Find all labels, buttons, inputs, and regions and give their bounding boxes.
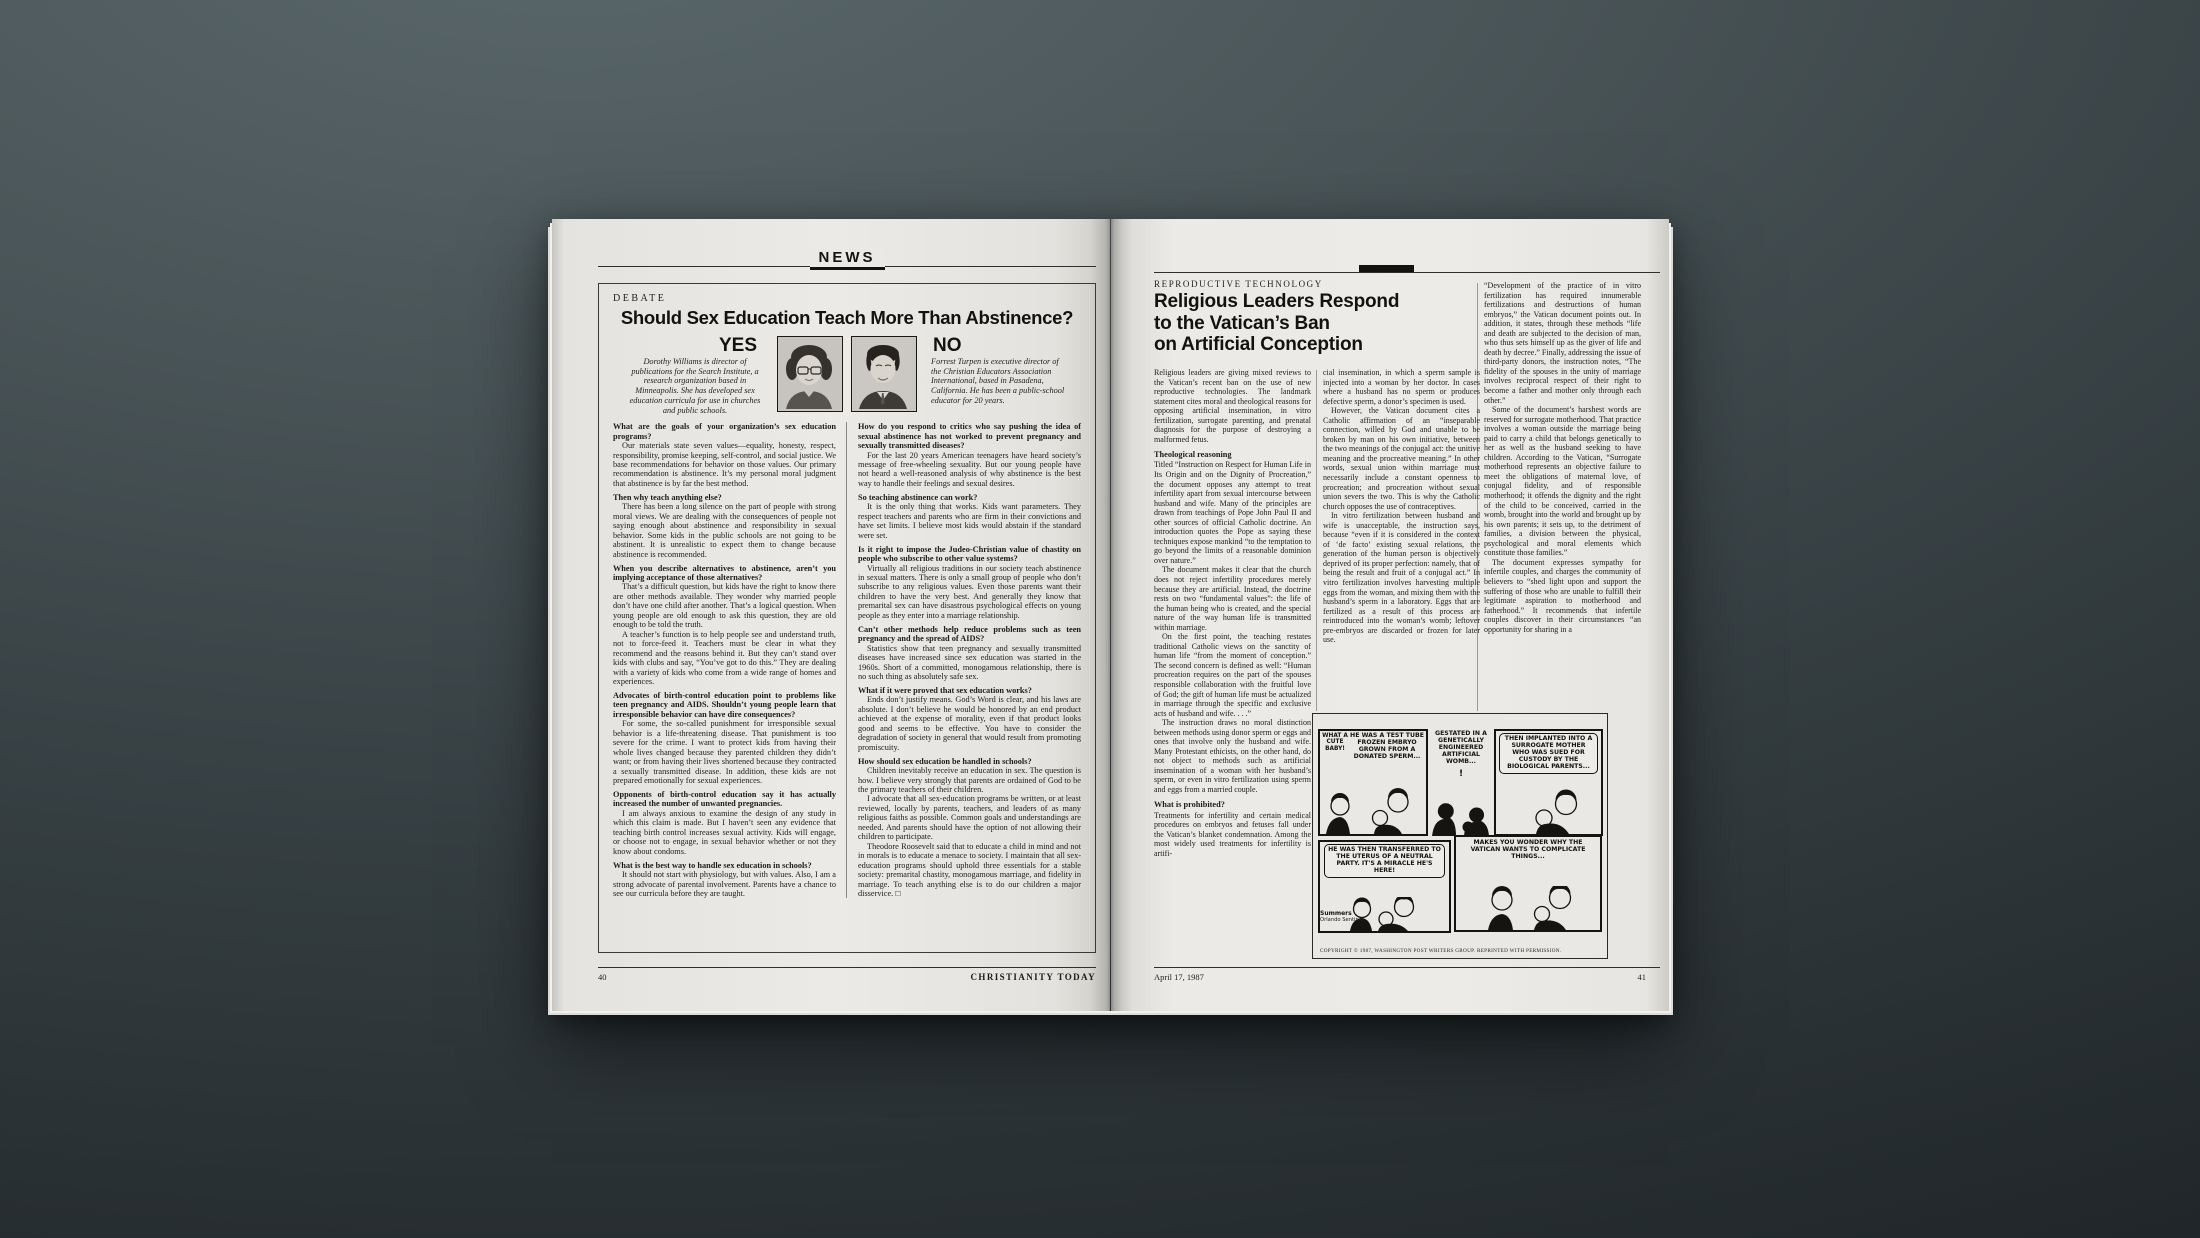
subhead-what-is-prohibited: What is prohibited? <box>1154 800 1311 810</box>
paragraph: The document makes it clear that the chu… <box>1154 565 1311 632</box>
answer: I am always anxious to examine the desig… <box>613 809 836 856</box>
question: Advocates of birth-control education poi… <box>613 691 836 719</box>
cartoon-panel-3: THEN IMPLANTED INTO A SURROGATE MOTHER W… <box>1494 729 1603 836</box>
question: What are the goals of your organization’… <box>613 422 836 441</box>
paragraph: On the first point, the teaching restate… <box>1154 632 1311 718</box>
answer: Virtually all religious traditions in ou… <box>858 564 1081 621</box>
debate-columns: What are the goals of your organization’… <box>613 422 1081 898</box>
issue-date: April 17, 1987 <box>1154 972 1204 982</box>
answer: A teacher’s function is to help people s… <box>613 630 836 687</box>
column-divider-1 <box>1316 370 1317 711</box>
paragraph: “Development of the practice of in vitro… <box>1484 281 1641 405</box>
magazine-spread: NEWS DEBATE Should Sex Education Teach M… <box>552 219 1669 1011</box>
question: What if it were proved that sex educatio… <box>858 686 1081 695</box>
cartoon-caption: GESTATED IN A GENETICALLY ENGINEERED ART… <box>1430 729 1492 766</box>
question: So teaching abstinence can work? <box>858 493 1081 502</box>
cartoon-attribution: Summers Orlando Sentinel <box>1320 910 1363 924</box>
cartoon-speech: MAKES YOU WONDER WHY THE VATICAN WANTS T… <box>1462 840 1594 861</box>
question: When you describe alternatives to abstin… <box>613 564 836 583</box>
forrest-turpen-photo <box>851 336 917 412</box>
news-section-label: NEWS <box>810 249 885 270</box>
cartoon-exclaim: ! <box>1430 769 1492 779</box>
answer: It is the only thing that works. Kids wa… <box>858 502 1081 540</box>
right-header-rule <box>1154 272 1660 273</box>
cartoon-speech: HE WAS THEN TRANSFERRED TO THE UTERUS OF… <box>1324 844 1445 878</box>
article-title-line3: on Artificial Conception <box>1154 334 1494 356</box>
article-title: Religious Leaders Respond to the Vatican… <box>1154 291 1494 356</box>
answer: Theodore Roosevelt said that to educate … <box>858 842 1081 899</box>
yes-debater-cell: YES Dorothy Williams is director of publ… <box>615 335 773 415</box>
cartoon-figures <box>1496 788 1601 834</box>
left-page: NEWS DEBATE Should Sex Education Teach M… <box>552 219 1110 1011</box>
article-title-line2: to the Vatican’s Ban <box>1154 313 1494 335</box>
subhead-theological-reasoning: Theological reasoning <box>1154 450 1311 460</box>
paragraph: Religious leaders are giving mixed revie… <box>1154 368 1311 444</box>
no-column: How do you respond to critics who say pu… <box>846 422 1081 898</box>
cartoon-source: Orlando Sentinel <box>1320 917 1363 924</box>
yes-label: YES <box>615 335 773 356</box>
cartoon-speech: THEN IMPLANTED INTO A SURROGATE MOTHER W… <box>1499 733 1598 774</box>
no-label: NO <box>921 335 1079 356</box>
left-page-number: 40 <box>598 972 607 982</box>
cartoon-speech: HE WAS A TEST TUBE FROZEN EMBRYO GROWN F… <box>1350 733 1424 761</box>
right-page-number: 41 <box>1638 972 1647 982</box>
answer: For the last 20 years American teenagers… <box>858 451 1081 489</box>
answer: It should not start with physiology, but… <box>613 870 836 898</box>
debaters-header: YES Dorothy Williams is director of publ… <box>615 335 1079 415</box>
cartoon-figures <box>1456 886 1600 930</box>
paragraph: Treatments for infertility and certain m… <box>1154 811 1311 859</box>
paragraph: The document expresses sympathy for infe… <box>1484 558 1641 634</box>
question: What is the best way to handle sex educa… <box>613 861 836 870</box>
answer: That’s a difficult question, but kids ha… <box>613 582 836 629</box>
cartoon-panel-2: GESTATED IN A GENETICALLY ENGINEERED ART… <box>1430 729 1492 836</box>
cartoon-silhouettes <box>1430 794 1492 836</box>
right-page: REPRODUCTIVE TECHNOLOGY Religious Leader… <box>1111 219 1669 1011</box>
paragraph: However, the Vatican document cites a Ca… <box>1323 406 1480 511</box>
article-column-2: cial insemination, in which a sperm samp… <box>1323 368 1480 713</box>
dorothy-williams-photo <box>777 336 843 412</box>
cartoon-copyright: COPYRIGHT © 1987, WASHINGTON POST WRITER… <box>1320 948 1561 954</box>
answer: Statistics show that teen pregnancy and … <box>858 644 1081 682</box>
debate-article-box: DEBATE Should Sex Education Teach More T… <box>598 283 1096 953</box>
left-page-footer: 40 CHRISTIANITY TODAY <box>598 972 1096 982</box>
paragraph: Some of the document’s harshest words ar… <box>1484 405 1641 558</box>
section-marker-bar <box>1359 265 1414 272</box>
left-footer-rule <box>598 967 1096 968</box>
magazine-name: CHRISTIANITY TODAY <box>971 972 1096 982</box>
cartoon-speech: WHAT A CUTE BABY! <box>1322 733 1348 761</box>
debate-title: Should Sex Education Teach More Than Abs… <box>613 307 1081 328</box>
cartoon-panel-1: WHAT A CUTE BABY! HE WAS A TEST TUBE FRO… <box>1318 729 1428 836</box>
question: How do you respond to critics who say pu… <box>858 422 1081 450</box>
answer: For some, the so-called punishment for i… <box>613 719 836 785</box>
debate-kicker: DEBATE <box>613 293 1081 305</box>
question: Can’t other methods help reduce problems… <box>858 625 1081 644</box>
answer: There has been a long silence on the par… <box>613 502 836 559</box>
answer: Our materials state seven values—equalit… <box>613 441 836 488</box>
yes-debater-bio: Dorothy Williams is director of publicat… <box>615 357 773 415</box>
paragraph: Titled “Instruction on Respect for Human… <box>1154 460 1311 565</box>
desk-background: NEWS DEBATE Should Sex Education Teach M… <box>0 0 2200 1238</box>
yes-column: What are the goals of your organization’… <box>613 422 836 898</box>
right-footer-rule <box>1154 967 1660 968</box>
article-column-1: Religious leaders are giving mixed revie… <box>1154 368 1311 965</box>
news-section-header: NEWS <box>598 249 1096 270</box>
article-title-line1: Religious Leaders Respond <box>1154 291 1494 313</box>
cartoonist-name: Summers <box>1320 910 1363 917</box>
right-page-footer: April 17, 1987 41 <box>1154 972 1646 982</box>
cartoon-panel-5: MAKES YOU WONDER WHY THE VATICAN WANTS T… <box>1454 835 1602 932</box>
question: How should sex education be handled in s… <box>858 757 1081 766</box>
article-column-3: “Development of the practice of in vitro… <box>1484 281 1641 711</box>
cartoon-figures <box>1320 784 1426 834</box>
no-debater-bio: Forrest Turpen is executive director of … <box>921 357 1079 406</box>
question: Then why teach anything else? <box>613 493 836 502</box>
article-kicker: REPRODUCTIVE TECHNOLOGY <box>1154 279 1323 290</box>
editorial-cartoon: WHAT A CUTE BABY! HE WAS A TEST TUBE FRO… <box>1312 713 1608 959</box>
paragraph: cial insemination, in which a sperm samp… <box>1323 368 1480 406</box>
answer: Ends don’t justify means. God’s Word is … <box>858 695 1081 752</box>
no-debater-cell: NO Forrest Turpen is executive director … <box>921 335 1079 415</box>
paragraph: The instruction draws no moral distincti… <box>1154 718 1311 794</box>
answer: I advocate that all sex-education progra… <box>858 794 1081 841</box>
question: Is it right to impose the Judeo-Christia… <box>858 545 1081 564</box>
paragraph: In vitro fertilization between husband a… <box>1323 511 1480 645</box>
answer: Children inevitably receive an education… <box>858 766 1081 794</box>
question: Opponents of birth-control education say… <box>613 790 836 809</box>
